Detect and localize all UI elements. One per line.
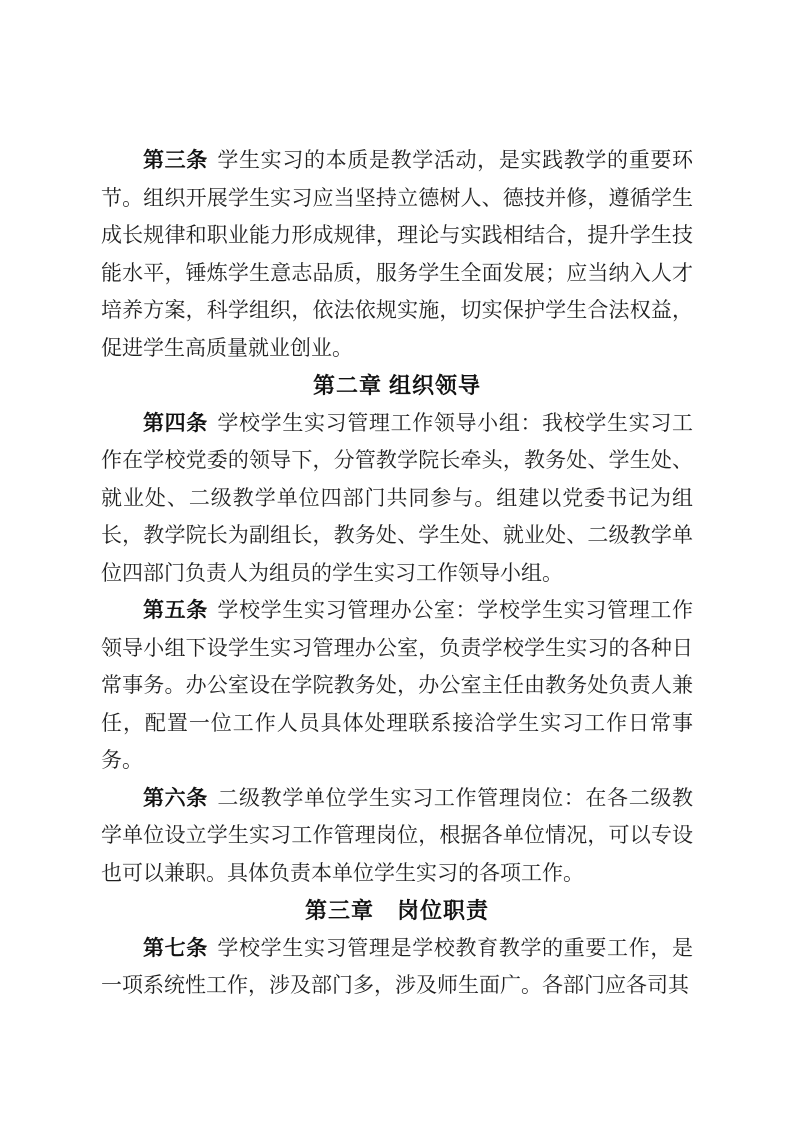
chapter-3-heading: 第三章 岗位职责 xyxy=(101,892,693,930)
article-3-number-label: 第三条 xyxy=(143,148,208,172)
article-5-number-label: 第五条 xyxy=(143,598,208,622)
article-4-body-text: 学校学生实习管理工作领导小组：我校学生实习工作在学校党委的领导下，分管教学院长牵… xyxy=(101,411,693,585)
article-5-paragraph: 第五条学校学生实习管理办公室：学校学生实习管理工作领导小组下设学生实习管理办公室… xyxy=(101,592,693,780)
article-3-paragraph: 第三条学生实习的本质是教学活动，是实践教学的重要环节。组织开展学生实习应当坚持立… xyxy=(101,142,693,367)
article-4-paragraph: 第四条学校学生实习管理工作领导小组：我校学生实习工作在学校党委的领导下，分管教学… xyxy=(101,405,693,593)
article-3-body-text: 学生实习的本质是教学活动，是实践教学的重要环节。组织开展学生实习应当坚持立德树人… xyxy=(101,148,693,360)
chapter-2-heading: 第二章 组织领导 xyxy=(101,367,693,405)
article-7-number-label: 第七条 xyxy=(143,936,208,960)
article-4-number-label: 第四条 xyxy=(143,411,208,435)
document-page: 第三条学生实习的本质是教学活动，是实践教学的重要环节。组织开展学生实习应当坚持立… xyxy=(0,0,794,1122)
article-7-paragraph: 第七条学校学生实习管理是学校教育教学的重要工作，是一项系统性工作，涉及部门多，涉… xyxy=(101,930,693,1005)
article-5-body-text: 学校学生实习管理办公室：学校学生实习管理工作领导小组下设学生实习管理办公室，负责… xyxy=(101,598,693,772)
article-6-paragraph: 第六条二级教学单位学生实习工作管理岗位：在各二级教学单位设立学生实习工作管理岗位… xyxy=(101,780,693,893)
article-6-number-label: 第六条 xyxy=(143,786,208,810)
